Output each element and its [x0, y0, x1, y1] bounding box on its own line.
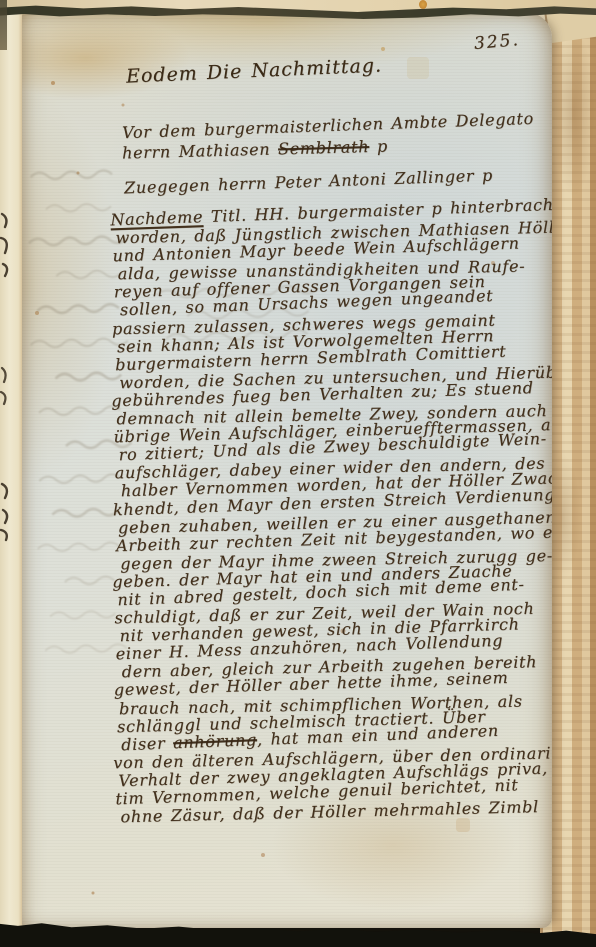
margin-ink-mark [0, 364, 12, 408]
binding-corner-shadow [0, 0, 7, 50]
attendance-line: Zuegegen herrn Peter Antoni Zallinger p [124, 166, 493, 198]
scanned-book-page: 325. Eodem Die Nachmittag. Vor dem burge… [0, 0, 596, 947]
entry-heading: Eodem Die Nachmittag. [126, 54, 383, 87]
stain-dot [419, 0, 427, 9]
struck-out-word: anhörung [173, 730, 258, 752]
preamble-text: herrn Mathiasen [122, 139, 278, 162]
folio-number: 325. [473, 30, 520, 54]
manuscript-page: 325. Eodem Die Nachmittag. Vor dem burge… [22, 12, 552, 928]
margin-ink-mark [0, 478, 14, 542]
margin-ink-mark [0, 208, 16, 286]
entry-body-text: Nachdeme Titl. HH. burgermaister p hinte… [110, 209, 552, 827]
preamble-text: p [369, 137, 388, 156]
struck-out-name: Semblrath [278, 137, 370, 158]
